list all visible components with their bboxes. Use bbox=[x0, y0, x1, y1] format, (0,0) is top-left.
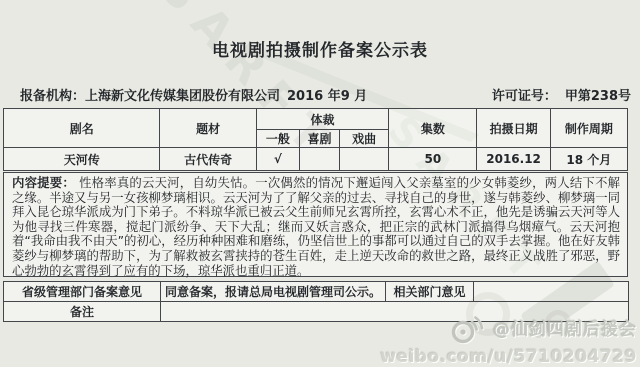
col-header-form: 体裁 bbox=[256, 109, 388, 130]
col-header-production-cycle: 制作周期 bbox=[550, 109, 627, 148]
meta-row: 报备机构：上海新文化传媒集团股份有限公司 2016 年9 月 许可证号：甲第23… bbox=[0, 85, 640, 101]
remarks-label: 备注 bbox=[4, 302, 161, 322]
cell-genre: 古代传奇 bbox=[160, 148, 256, 171]
cell-form-general-checkmark: √ bbox=[256, 148, 299, 171]
reporting-organization-label: 报备机构： bbox=[20, 89, 85, 104]
cell-production-cycle: 18 个月 bbox=[550, 148, 627, 171]
col-header-genre: 题材 bbox=[160, 109, 256, 148]
col-header-form-general: 一般 bbox=[256, 130, 299, 148]
table-header-row-1: 剧名 题材 体裁 集数 拍摄日期 制作周期 bbox=[4, 109, 628, 130]
page-title: 电视剧拍摄制作备案公示表 bbox=[0, 36, 640, 61]
license-number-value: 甲第238号 bbox=[565, 89, 631, 104]
col-header-shoot-date: 拍摄日期 bbox=[477, 109, 550, 148]
cell-form-opera bbox=[340, 148, 389, 171]
cell-shoot-date: 2016.12 bbox=[477, 148, 550, 171]
opinions-row: 省级管理部门备案意见 同意备案，报请总局电视剧管理司公示。 相关部门意见 bbox=[4, 282, 629, 302]
reporting-organization: 报备机构：上海新文化传媒集团股份有限公司 bbox=[20, 85, 280, 104]
weibo-handle-row: @仙剑四剧后援会 bbox=[380, 313, 637, 348]
weibo-url-text: weibo.com/u/5710204729 bbox=[380, 349, 637, 366]
col-header-form-comedy: 喜剧 bbox=[299, 130, 339, 148]
related-dept-opinion-label: 相关部门意见 bbox=[386, 282, 474, 302]
col-header-form-opera: 戏曲 bbox=[340, 130, 389, 148]
cell-drama-name: 天河传 bbox=[4, 148, 160, 171]
reporting-organization-value: 上海新文化传媒集团股份有限公司 bbox=[85, 89, 280, 104]
synopsis-box: 内容提要： 性格率真的云天河，自幼失怙。一次偶然的情况下邂逅闯入父亲墓室的少女韩… bbox=[3, 172, 628, 277]
related-dept-opinion-value bbox=[474, 282, 629, 302]
col-header-drama-name: 剧名 bbox=[4, 109, 160, 148]
col-header-episodes: 集数 bbox=[389, 109, 477, 148]
weibo-eye-icon bbox=[449, 313, 485, 348]
cell-form-comedy bbox=[299, 148, 339, 171]
cell-episodes: 50 bbox=[389, 148, 477, 171]
license-number-label: 许可证号： bbox=[492, 89, 557, 104]
license-number: 许可证号：甲第238号 bbox=[492, 85, 631, 104]
provincial-opinion-label: 省级管理部门备案意见 bbox=[4, 282, 161, 302]
weibo-watermark: @仙剑四剧后援会 weibo.com/u/5710204729 bbox=[380, 313, 637, 366]
drama-info-table: 剧名 题材 体裁 集数 拍摄日期 制作周期 一般 喜剧 戏曲 天河传 古代传奇 … bbox=[3, 108, 628, 171]
report-date: 2016 年9 月 bbox=[287, 85, 367, 104]
provincial-opinion-value: 同意备案，报请总局电视剧管理司公示。 bbox=[161, 282, 386, 302]
synopsis-text: 性格率真的云天河，自幼失怙。一次偶然的情况下邂逅闯入父亲墓室的少女韩菱纱，两人结… bbox=[12, 175, 620, 278]
table-row: 天河传 古代传奇 √ 50 2016.12 18 个月 bbox=[4, 148, 628, 171]
scanned-form-page: { "colors": { "page_bg": "#e7e9e2", "cel… bbox=[0, 0, 640, 367]
weibo-handle-text: @仙剑四剧后援会 bbox=[493, 322, 637, 339]
synopsis-label: 内容提要： bbox=[12, 175, 75, 190]
